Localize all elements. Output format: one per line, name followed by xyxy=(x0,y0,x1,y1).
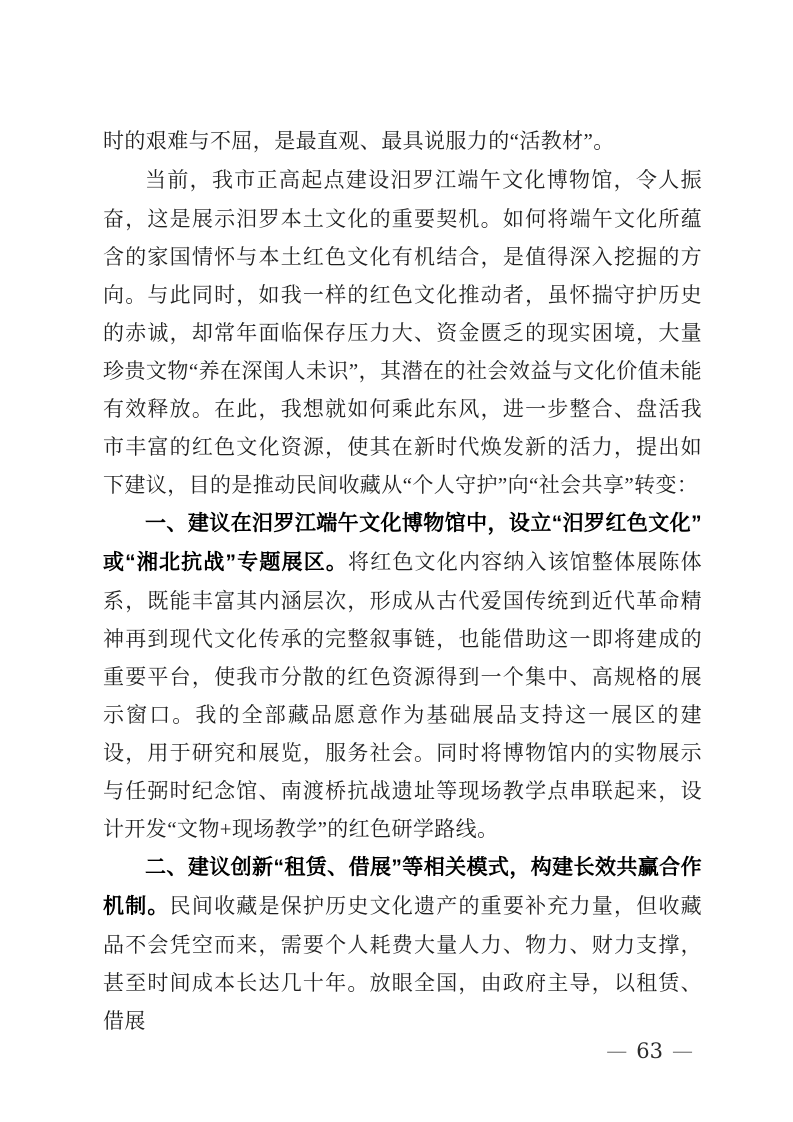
paragraph-text: 民间收藏是保护历史文化遗产的重要补充力量，但收藏品不会凭空而来，需要个人耗费大量… xyxy=(103,894,702,1033)
paragraph-text: 当前，我市正高起点建设汨罗江端午文化博物馆，令人振奋，这是展示汨罗本土文化的重要… xyxy=(103,168,702,497)
document-body: 时的艰难与不屈，是最直观、最具说服力的“活教材”。 当前，我市正高起点建设汨罗江… xyxy=(103,122,702,1040)
paragraph-text: 将红色文化内容纳入该馆整体展陈体系，既能丰富其内涵层次，形成从古代爱国传统到近代… xyxy=(103,550,702,841)
footer-dash-right: — xyxy=(672,1039,693,1063)
footer-dash-left: — xyxy=(606,1039,627,1063)
document-page: 时的艰难与不屈，是最直观、最具说服力的“活教材”。 当前，我市正高起点建设汨罗江… xyxy=(0,0,793,1122)
page-footer: —63— xyxy=(606,1040,693,1062)
paragraph-continuation: 时的艰难与不屈，是最直观、最具说服力的“活教材”。 xyxy=(103,122,702,161)
paragraph-text: 时的艰难与不屈，是最直观、最具说服力的“活教材”。 xyxy=(103,129,615,153)
paragraph-recommendation-1: 一、建议在汨罗江端午文化博物馆中，设立“汨罗红色文化”或“湘北抗战”专题展区。将… xyxy=(103,504,702,848)
page-number: 63 xyxy=(627,1039,672,1063)
paragraph-intro: 当前，我市正高起点建设汨罗江端午文化博物馆，令人振奋，这是展示汨罗本土文化的重要… xyxy=(103,161,702,504)
paragraph-recommendation-2: 二、建议创新“租赁、借展”等相关模式，构建长效共赢合作机制。民间收藏是保护历史文… xyxy=(103,848,702,1040)
